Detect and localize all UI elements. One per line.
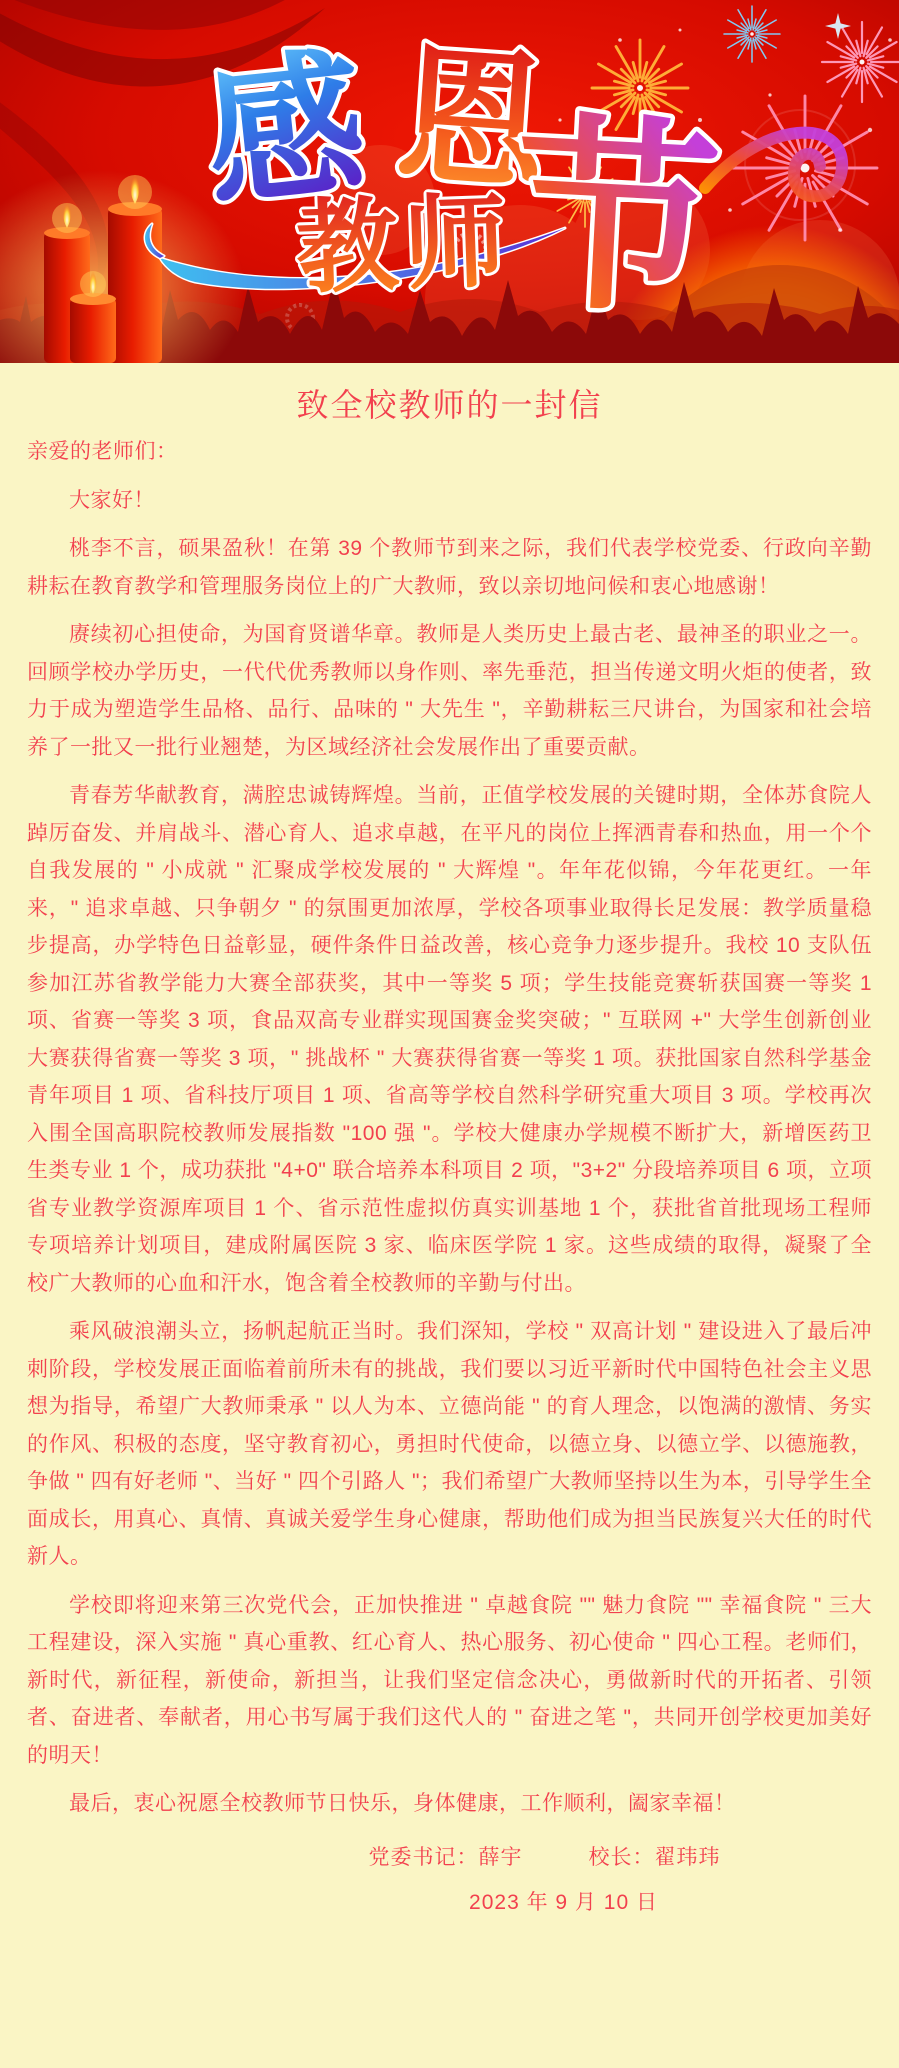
banner-chars-jiaoshi: 教师	[294, 182, 514, 308]
greeting: 大家好！	[27, 482, 872, 520]
letter-body: 致全校教师的一封信 亲爱的老师们： 大家好！ 桃李不言，硕果盈秋！在第 39 个…	[0, 363, 899, 1952]
paragraph-2: 赓续初心担使命，为国育贤谱华章。教师是人类历史上最古老、最神圣的职业之一。回顾学…	[27, 616, 872, 766]
page-title: 致全校教师的一封信	[27, 383, 872, 427]
paragraph-3: 青春芳华献教育，满腔忠诚铸辉煌。当前，正值学校发展的关键时期，全体苏食院人踔厉奋…	[27, 777, 872, 1302]
closing-wish: 最后，衷心祝愿全校教师节日快乐，身体健康，工作顺利，阖家幸福！	[27, 1785, 872, 1823]
salutation: 亲爱的老师们：	[27, 433, 872, 471]
paragraph-5: 学校即将迎来第三次党代会，正加快推进 " 卓越食院 "" 魅力食院 "" 幸福食…	[27, 1587, 872, 1775]
banner-char-jie: 节	[508, 96, 725, 344]
paragraph-1: 桃李不言，硕果盈秋！在第 39 个教师节到来之际，我们代表学校党委、行政向辛勤耕…	[27, 530, 872, 605]
signature: 党委书记：薛宇 校长：翟玮玮	[122, 1839, 899, 1877]
teachers-day-banner-artwork: 感 恩 教师 节	[0, 0, 899, 363]
letter-page: 感 恩 教师 节 致全校教师的一封信 亲爱的老师们： 大家好！ 桃李不言，硕果盈…	[0, 0, 899, 1952]
paragraph-4: 乘风破浪潮头立，扬帆起航正当时。我们深知，学校 " 双高计划 " 建设进入了最后…	[27, 1313, 872, 1576]
letter-date: 2023 年 9 月 10 日	[141, 1884, 899, 1922]
